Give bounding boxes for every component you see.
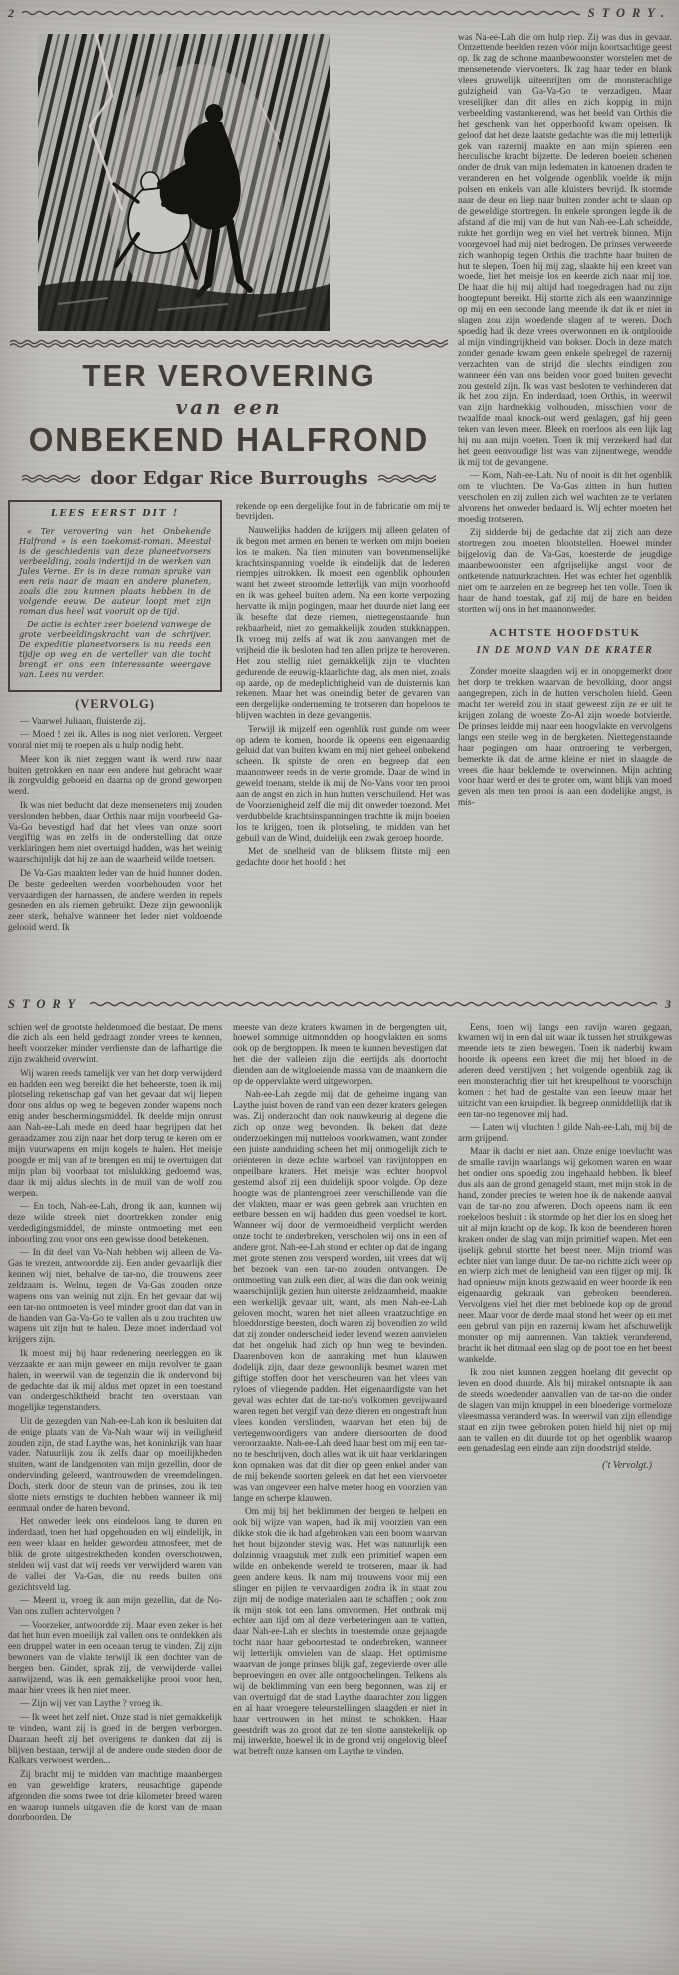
page3-column2: meeste van deze kraters kwamen in de ber… [233, 1020, 447, 1967]
intro-box-heading: LEES EERST DIT ! [19, 509, 211, 519]
paragraph: Meer kon ik niet zeggen want ik werd ruw… [8, 755, 222, 799]
paragraph: — Zijn wij ver van Laythe ? vroeg ik. [8, 1699, 222, 1710]
paragraph: — Vaarwel Juliaan, fluisterde zij. [8, 717, 222, 728]
magazine-title: STORY. [588, 6, 671, 21]
paragraph: — In dit deel van Va-Nah hebben wij alle… [8, 1248, 222, 1346]
paragraph: — Moed ! zei ik. Alles is nog niet verlo… [8, 730, 222, 752]
text-flow-p3c1: schien wel de grootste heldenmoed die be… [8, 1023, 222, 1825]
byline-right-rule [378, 474, 436, 483]
page3-columns: schien wel de grootste heldenmoed die be… [8, 1020, 672, 1967]
magazine-page: 2 STORY. [0, 0, 679, 1975]
feature-block: TER VEROVERING van een ONBEKEND HALFROND… [8, 28, 450, 990]
text-flow-p2c2: rekende op een dergelijke fout in de fab… [236, 502, 450, 869]
page-header-top: 2 STORY. [8, 6, 671, 20]
paragraph: « Ter verovering van het Onbekende Halfr… [19, 526, 211, 616]
continuation-label: (VERVOLG) [8, 699, 222, 710]
paragraph: Ik moest mij bij haar redenering neerleg… [8, 1349, 222, 1414]
story-title-line3: ONBEKEND HALFROND [17, 420, 441, 460]
page3-column3: Eens, toen wij langs een ravijn waren ge… [458, 1020, 672, 1967]
paragraph: Uit de gezegden van Nah-ee-Lah kon ik be… [8, 1417, 222, 1515]
wavy-rule [22, 10, 580, 17]
intro-box-text: « Ter verovering van het Onbekende Halfr… [19, 526, 211, 679]
paragraph: Nah-ee-Lah zegde mij dat de geheime inga… [233, 1090, 447, 1504]
story-byline: door Edgar Rice Burroughs [90, 468, 367, 489]
paragraph: Eens, toen wij langs een ravijn waren ge… [458, 1023, 672, 1121]
paragraph: Nauwelijks hadden de krijgers mij alleen… [236, 526, 450, 722]
text-flow-p2c3a: was Na-ee-Lah die om hulp riep. Zij was … [458, 33, 672, 616]
paragraph: was Na-ee-Lah die om hulp riep. Zij was … [458, 33, 672, 469]
paragraph: meeste van deze kraters kwamen in de ber… [233, 1023, 447, 1088]
paragraph: rekende op een dergelijke fout in de fab… [236, 502, 450, 524]
story-illustration [38, 34, 330, 331]
paragraph: schien wel de grootste heldenmoed die be… [8, 1023, 222, 1067]
page2-column3: was Na-ee-Lah die om hulp riep. Zij was … [458, 30, 672, 990]
magazine-title-mid: STORY [8, 997, 82, 1012]
paragraph: Terwijl ik mijzelf een ogenblik rust gun… [236, 725, 450, 845]
paragraph: Zij sidderde bij de gedachte dat zij zic… [458, 528, 672, 615]
wavy-rule-mid [90, 1001, 657, 1008]
paragraph: Ik zou niet kunnen zeggen hoelang dit ge… [458, 1368, 672, 1455]
paragraph: — En toch, Nah-ee-Lah, drong ik aan, kun… [8, 1202, 222, 1246]
to-be-continued: ('t Vervolgt.) [458, 1461, 672, 1472]
paragraph: — Meent u, vroeg ik aan mijn gezellin, d… [8, 1596, 222, 1618]
paragraph: De Va-Gas maakten leder van de huid hunn… [8, 869, 222, 934]
intro-box: LEES EERST DIT ! « Ter verovering van he… [8, 500, 222, 692]
paragraph: Wij waren reeds tamelijk ver van het dor… [8, 1069, 222, 1200]
paragraph: Maar ik dacht er niet aan. Onze enige to… [458, 1147, 672, 1365]
story-title-block: TER VEROVERING van een ONBEKEND HALFROND… [8, 339, 450, 489]
paragraph: — Ik weet het zelf niet. Onze stad is ni… [8, 1713, 222, 1768]
chapter-subheading: IN DE MOND VAN DE KRATER [458, 646, 672, 657]
paragraph: Ik was niet beducht dat deze menseneters… [8, 801, 222, 866]
page-header-mid: STORY 3 [8, 997, 671, 1011]
paragraph: — Kom, Nah-ee-Lah. Nu of nooit is dit he… [458, 471, 672, 526]
page2-column2: rekende op een dergelijke fout in de fab… [236, 499, 450, 937]
text-flow-p3c2: meeste van deze kraters kwamen in de ber… [233, 1023, 447, 1759]
chapter-heading: ACHTSTE HOOFDSTUK [458, 628, 672, 639]
double-wavy-rule [10, 339, 448, 348]
story-title-line2: van een [8, 394, 450, 420]
paragraph: Zonder moeite slaagden wij er in onopgem… [458, 667, 672, 809]
paragraph: — Voorzeker, antwoordde zij. Maar even z… [8, 1621, 222, 1697]
page-number-left: 2 [8, 6, 14, 21]
paragraph: Met de snelheid van de bliksem flitste m… [236, 847, 450, 869]
page3-column1: schien wel de grootste heldenmoed die be… [8, 1020, 222, 1967]
paragraph: De actie is echter zeer boeiend vanwege … [19, 619, 211, 679]
page-number-right: 3 [665, 997, 671, 1012]
text-flow-p2c3b: Zonder moeite slaagden wij er in onopgem… [458, 667, 672, 809]
text-flow-p3c3: Eens, toen wij langs een ravijn waren ge… [458, 1023, 672, 1456]
text-flow-p2c1: — Vaarwel Juliaan, fluisterde zij.— Moed… [8, 717, 222, 934]
paragraph: — Laten wij vluchten ! gilde Nah-ee-Lah,… [458, 1123, 672, 1145]
story-title-line1: TER VEROVERING [17, 358, 441, 394]
byline-left-rule [22, 474, 80, 483]
paragraph: Het onweder leek ons eindeloos lang te d… [8, 1517, 222, 1593]
paragraph: Om mij bij het beklimmen der bergen te h… [233, 1507, 447, 1758]
page2-column1: LEES EERST DIT ! « Ter verovering van he… [8, 499, 222, 937]
paragraph: Zij bracht mij te midden van machtige ma… [8, 1770, 222, 1825]
